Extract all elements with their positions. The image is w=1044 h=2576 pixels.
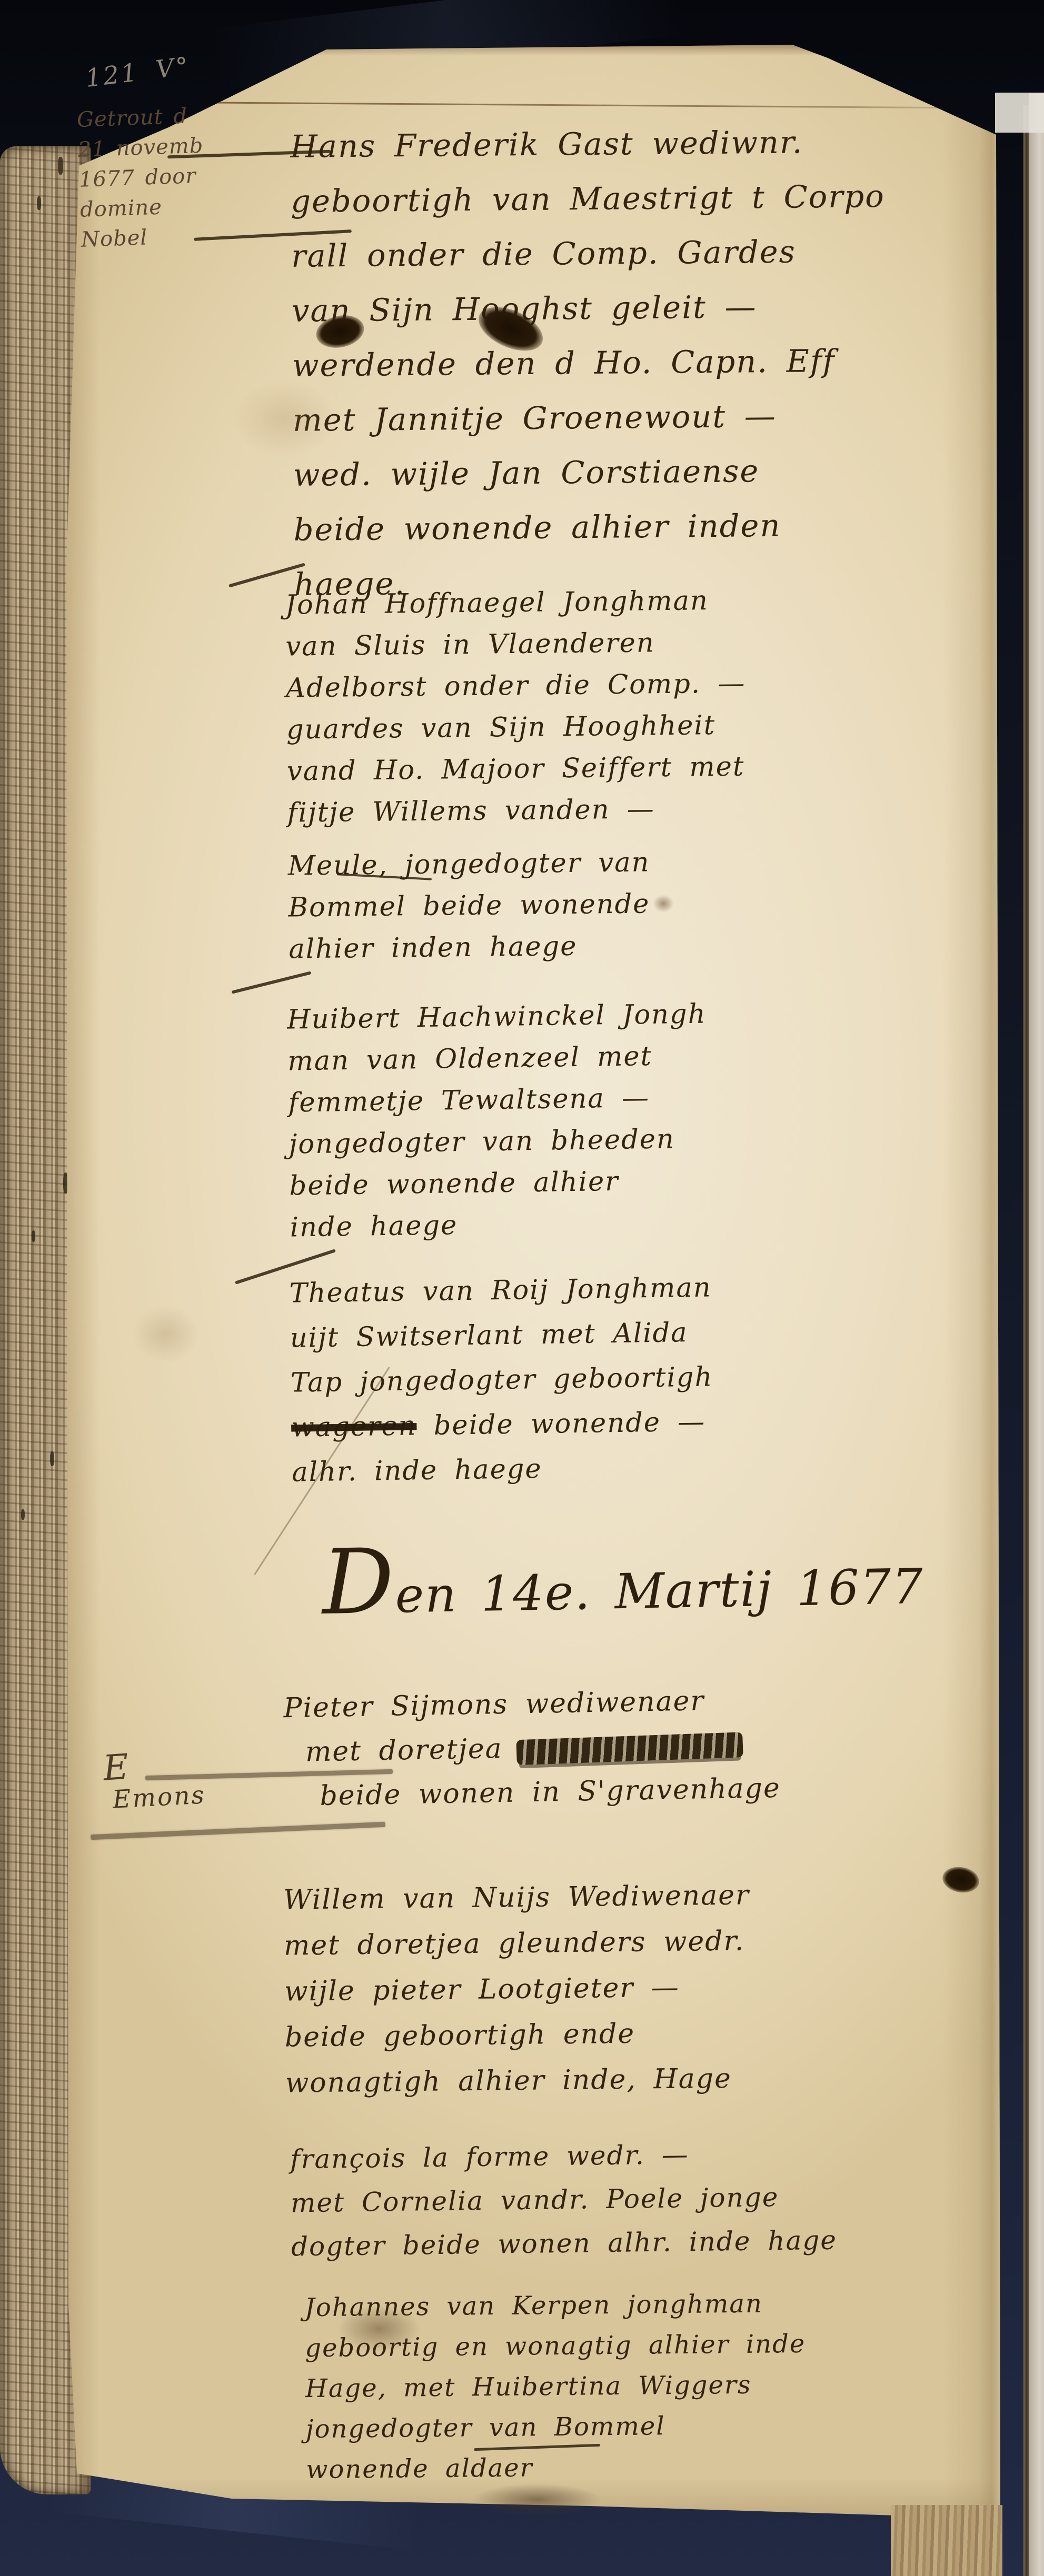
manuscript-line: jongedogter van Bommel <box>305 2405 807 2450</box>
manuscript-line: alhr. inde haege <box>292 1444 714 1495</box>
manuscript-line: uijt Switserlant met Alida <box>290 1310 712 1360</box>
manuscript-line: Willem van Nuijs Wediwenaer <box>283 1872 750 1923</box>
marriage-entry: Johannes van Kerpen jonghman geboortig e… <box>304 2283 807 2490</box>
manuscript-line: beide wonen in S'gravenhage <box>320 1766 781 1818</box>
spine-fleck <box>37 196 41 210</box>
margin-name: Emons <box>112 1780 206 1814</box>
spine-fleck <box>50 1451 54 1466</box>
manuscript-line: van Sluis in Vlaenderen <box>285 621 745 667</box>
spine-fleck <box>21 1509 25 1520</box>
manuscript-line: met Cornelia vandr. Poele jonge <box>291 2175 837 2226</box>
manuscript-line: wijle pieter Lootgieter — <box>284 1964 751 2014</box>
manuscript-line: alhier inden haege <box>289 924 749 970</box>
manuscript-line: met Jannitje Groenewout — <box>292 388 887 448</box>
gutter-shadow-line <box>1023 105 1029 2576</box>
marriage-entry: Johan Hoffnaegel Jonghman van Sluis in V… <box>285 579 749 970</box>
manuscript-line: van Sijn Hooghst geleit — <box>292 278 886 338</box>
manuscript-line: Johan Hoffnaegel Jonghman <box>285 579 745 626</box>
manuscript-line: beide wonende alhier inden <box>293 497 888 557</box>
manuscript-line: rall onder die Comp. Gardes <box>291 224 886 284</box>
facing-page-corner <box>995 93 1044 133</box>
crossed-out-scribble <box>516 1732 743 1765</box>
manuscript-line: geboortigh van Maestrigt t Corpo <box>291 169 885 229</box>
manuscript-line-rest: beide wonende — <box>433 1407 705 1441</box>
manuscript-line: françois la forme wedr. — <box>290 2131 837 2182</box>
manuscript-line: beide wonende alhier <box>289 1159 709 1207</box>
manuscript-line: Huibert Hachwinckel Jongh <box>287 993 707 1040</box>
facing-page-edge <box>1029 93 1044 2576</box>
manuscript-line: fijtje Willems vanden — <box>287 787 747 834</box>
margin-initial: E <box>102 1746 131 1788</box>
manuscript-line: jongedogter van bheeden <box>289 1118 708 1165</box>
manuscript-line: wageren beide wonende — <box>291 1399 714 1450</box>
spine-fleck <box>32 1230 35 1242</box>
manuscript-line: guardes van Sijn Hooghheit <box>286 704 747 750</box>
manuscript-line: wonagtigh alhier inde, Hage <box>285 2056 752 2106</box>
manuscript-line: Hans Frederik Gast wediwnr. <box>290 114 884 174</box>
folio-number-pencil: 121 V° <box>84 52 192 93</box>
manuscript-line: Theatus van Roij Jonghman <box>289 1265 712 1316</box>
manuscript-line: werdende den d Ho. Capn. Eff <box>292 333 887 393</box>
marriage-entry: Huibert Hachwinckel Jongh man van Oldenz… <box>287 993 710 1248</box>
manuscript-line: Meule, jongedogter van <box>287 840 748 887</box>
manuscript-line-text: met doretjea <box>305 1733 503 1768</box>
page-fold-gutter <box>979 116 1015 2521</box>
book-board-edge <box>891 2505 1002 2576</box>
manuscript-line: beide geboortigh ende <box>284 2010 751 2060</box>
manuscript-line: Pieter Sijmons wediwenaer <box>283 1678 780 1730</box>
manuscript-line: Bommel beide wonende <box>288 882 748 928</box>
manuscript-line: Johannes van Kerpen jonghman <box>304 2283 806 2328</box>
manuscript-line: femmetje Tewaltsena — <box>288 1076 708 1124</box>
manuscript-line: wonende aldaer <box>306 2445 807 2490</box>
manuscript-scan: 121 V° Getrout d 21 novemb 1677 door dom… <box>0 0 1044 2576</box>
manuscript-line: dogter beide wonen alhr. inde hage <box>291 2219 838 2269</box>
marriage-entry: Pieter Sijmons wediwenaer met doretjea b… <box>283 1678 781 1819</box>
manuscript-line: geboortig en wonagtig alhier inde <box>305 2324 806 2369</box>
marriage-entry: Theatus van Roij Jonghman uijt Switserla… <box>289 1265 714 1495</box>
manuscript-line: met doretjea <box>305 1722 780 1775</box>
manuscript-line: wed. wijle Jan Corstiaense <box>293 443 887 503</box>
manuscript-line: man van Oldenzeel met <box>287 1035 707 1082</box>
manuscript-line: met doretjea gleunders wedr. <box>284 1918 751 1969</box>
manuscript-line: vand Ho. Majoor Seiffert met <box>286 746 747 792</box>
marriage-entry: françois la forme wedr. — met Cornelia v… <box>290 2131 838 2269</box>
crossed-out-word: wageren <box>291 1410 417 1443</box>
marriage-entry: Hans Frederik Gast wediwnr. geboortigh v… <box>290 114 889 612</box>
manuscript-line: Hage, met Huibertina Wiggers <box>305 2364 807 2409</box>
date-heading: Den 14e. Martij 1677 <box>322 1548 924 1625</box>
marriage-entry: Willem van Nuijs Wediwenaer met doretjea… <box>283 1872 752 2106</box>
spine-fleck <box>58 157 63 175</box>
manuscript-line: inde haege <box>290 1201 709 1248</box>
manuscript-line: Adelborst onder die Comp. — <box>286 663 746 709</box>
margin-note-married: Getrout d 21 novemb 1677 door domine Nob… <box>76 99 261 255</box>
manuscript-line: Tap jongedogter geboortigh <box>290 1355 713 1405</box>
